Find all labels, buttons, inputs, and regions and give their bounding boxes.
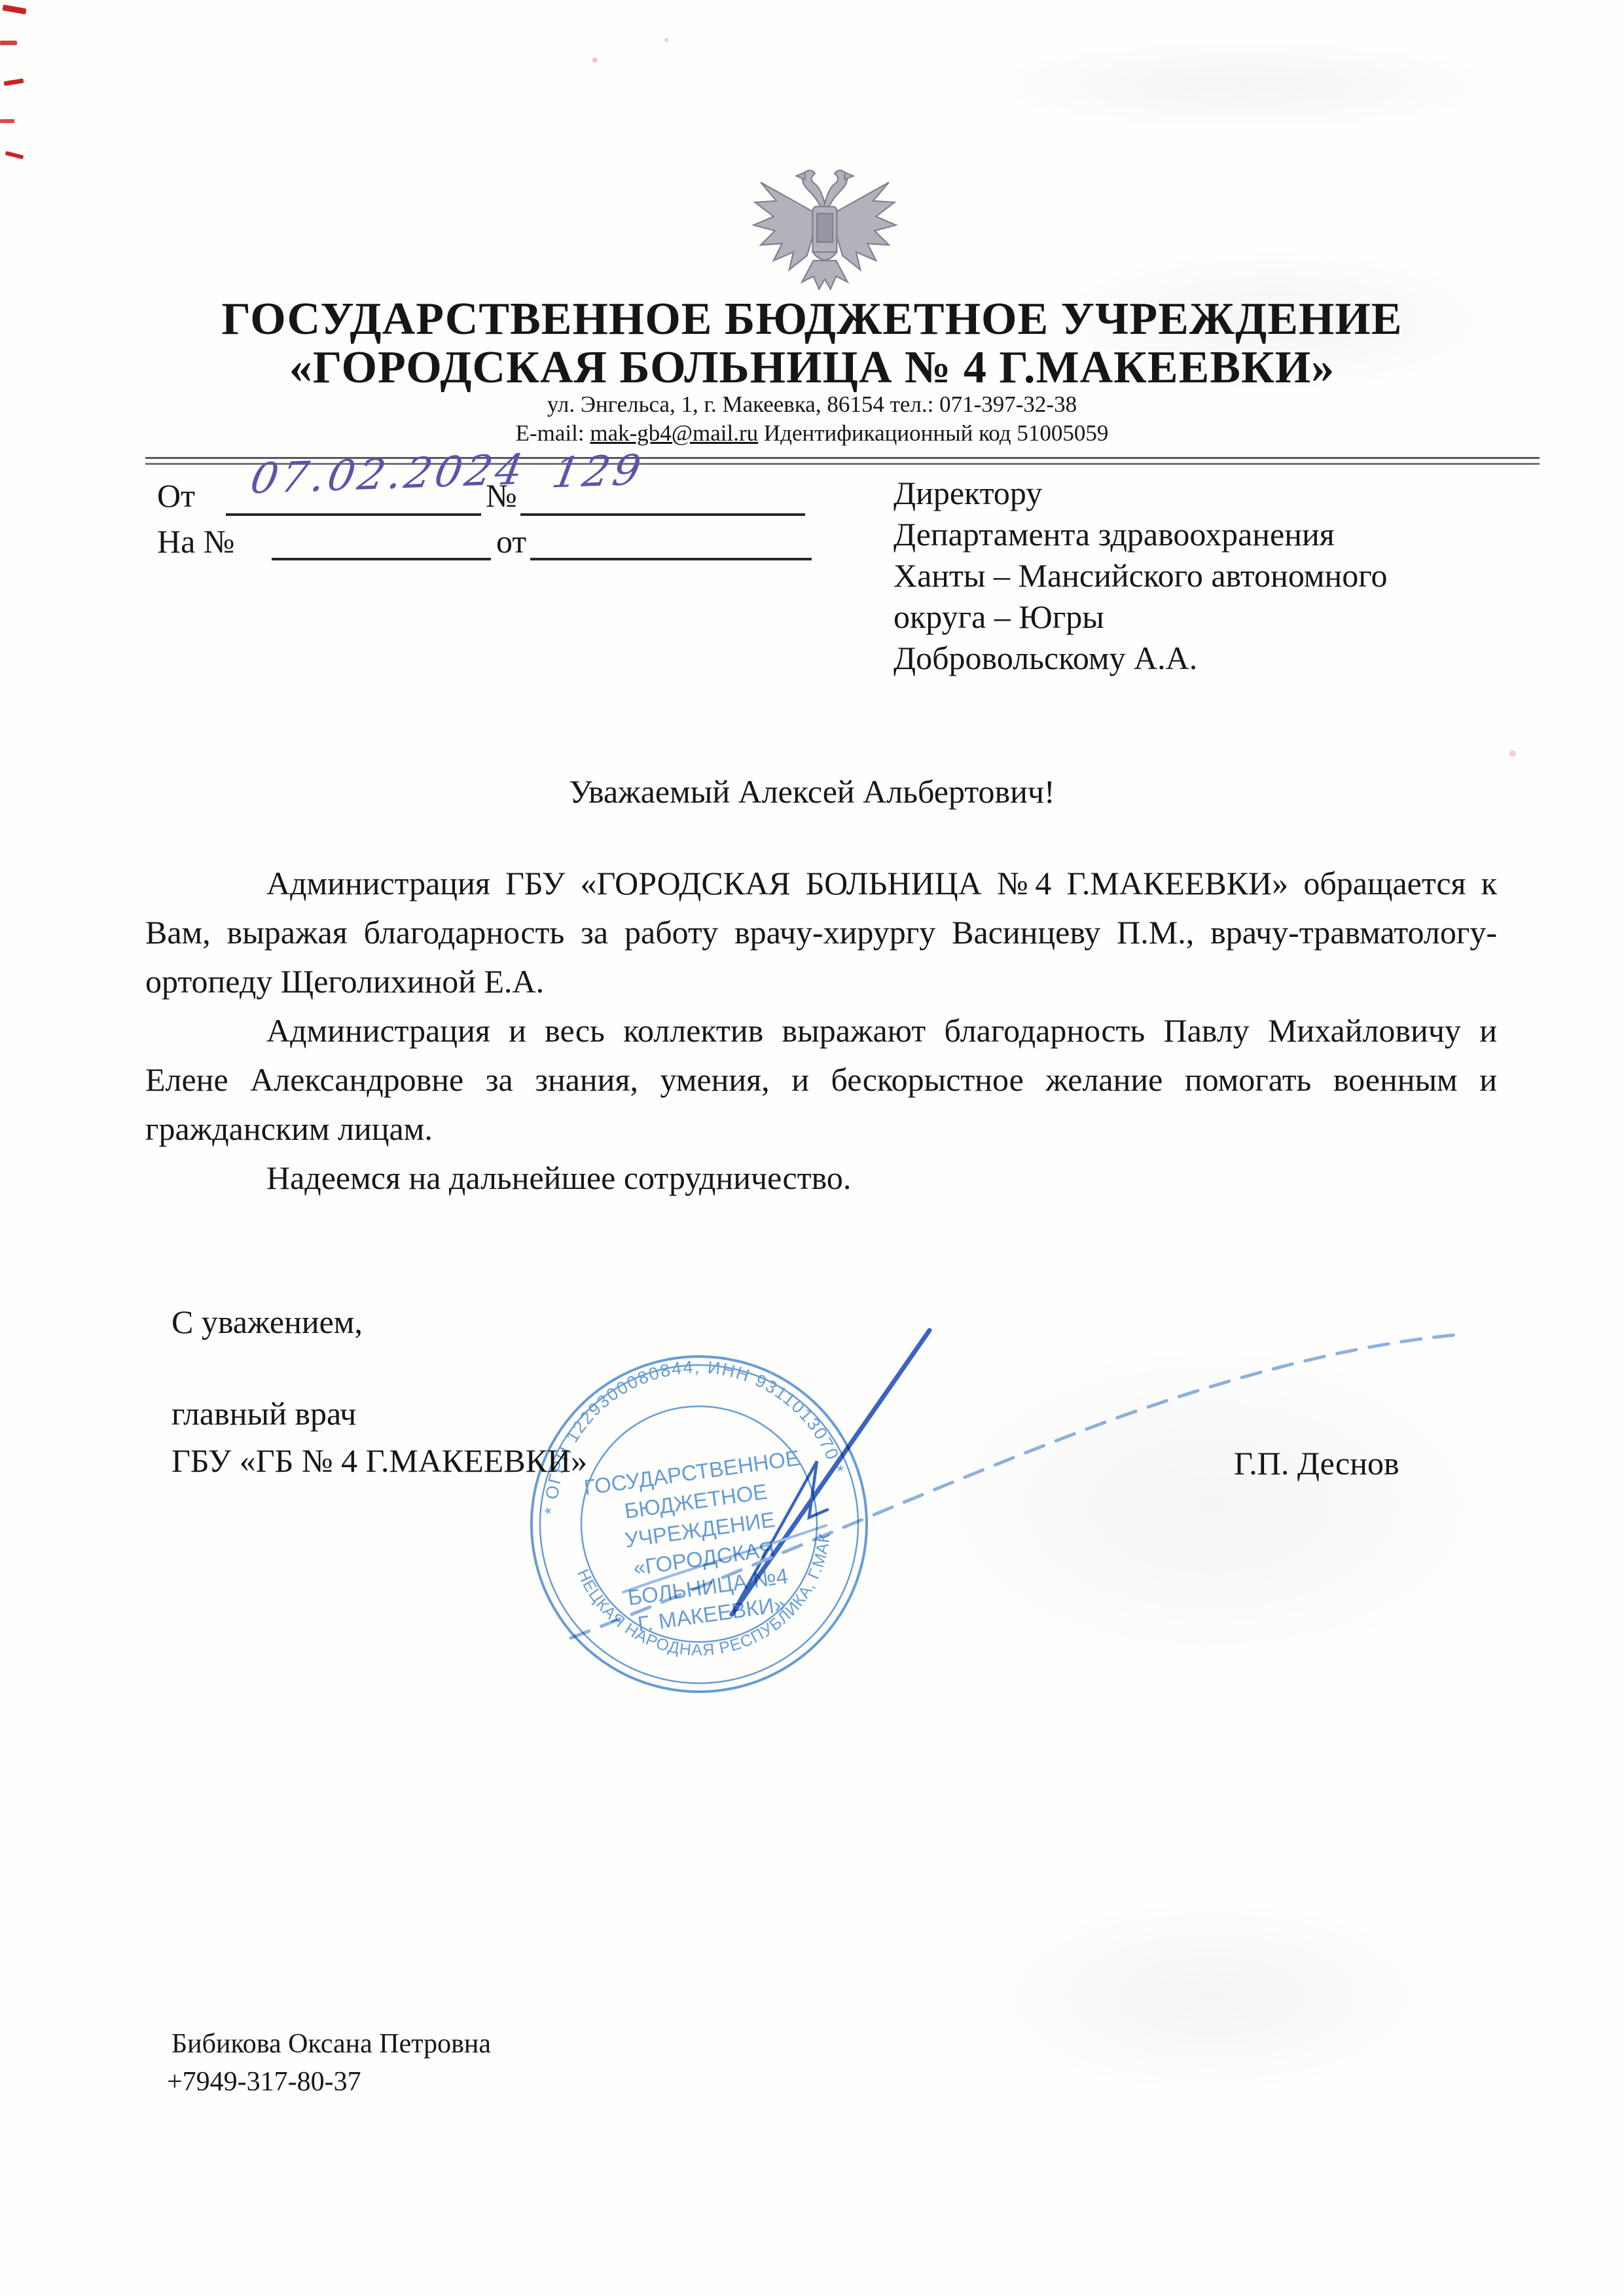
contact-name: Бибикова Оксана Петровна [171,2028,491,2060]
contact-phone: +7949-317-80-37 [167,2066,361,2098]
scanned-letter-page: ГОСУДАРСТВЕННОЕ БЮДЖЕТНОЕ УЧРЕЖДЕНИЕ «ГО… [0,0,1624,2296]
signature-stroke-icon [0,0,1624,2296]
